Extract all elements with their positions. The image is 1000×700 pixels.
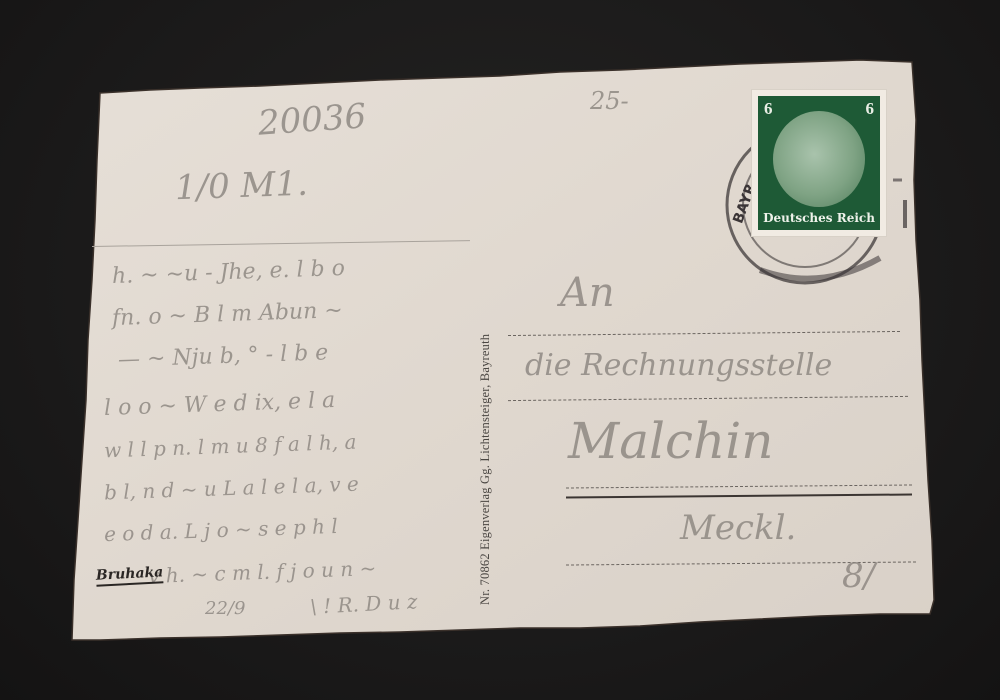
postcard: BAYR 20036 1/0 M1. 25- h. ~ ~u - Jhe, e.… bbox=[0, 0, 1000, 700]
postage-stamp: 6 6 Deutsches Reich bbox=[752, 90, 886, 236]
stamp-value-right: 6 bbox=[866, 99, 875, 119]
stamp-face: 6 6 Deutsches Reich bbox=[758, 96, 880, 230]
publisher-imprint: Nr. 70862 Eigenverlag Gg. Lichtensteiger… bbox=[478, 334, 493, 605]
portrait-icon bbox=[773, 111, 865, 207]
pencil-number: 20036 bbox=[257, 96, 368, 143]
stamp-value-left: 6 bbox=[764, 99, 773, 119]
address-line-2: die Rechnungsstelle bbox=[525, 348, 832, 383]
pencil-price: 25- bbox=[590, 87, 629, 115]
pencil-note: 1/0 M1. bbox=[174, 164, 308, 209]
corner-mark: 8/ bbox=[842, 556, 875, 596]
publisher-logo: Bruhaka bbox=[96, 564, 164, 587]
address-line-1: An bbox=[560, 270, 615, 316]
address-line-3: Malchin bbox=[568, 412, 773, 470]
message-date: 22/9 bbox=[205, 598, 245, 619]
stamp-country: Deutsches Reich bbox=[758, 211, 880, 225]
address-line-4: Meckl. bbox=[680, 508, 796, 548]
